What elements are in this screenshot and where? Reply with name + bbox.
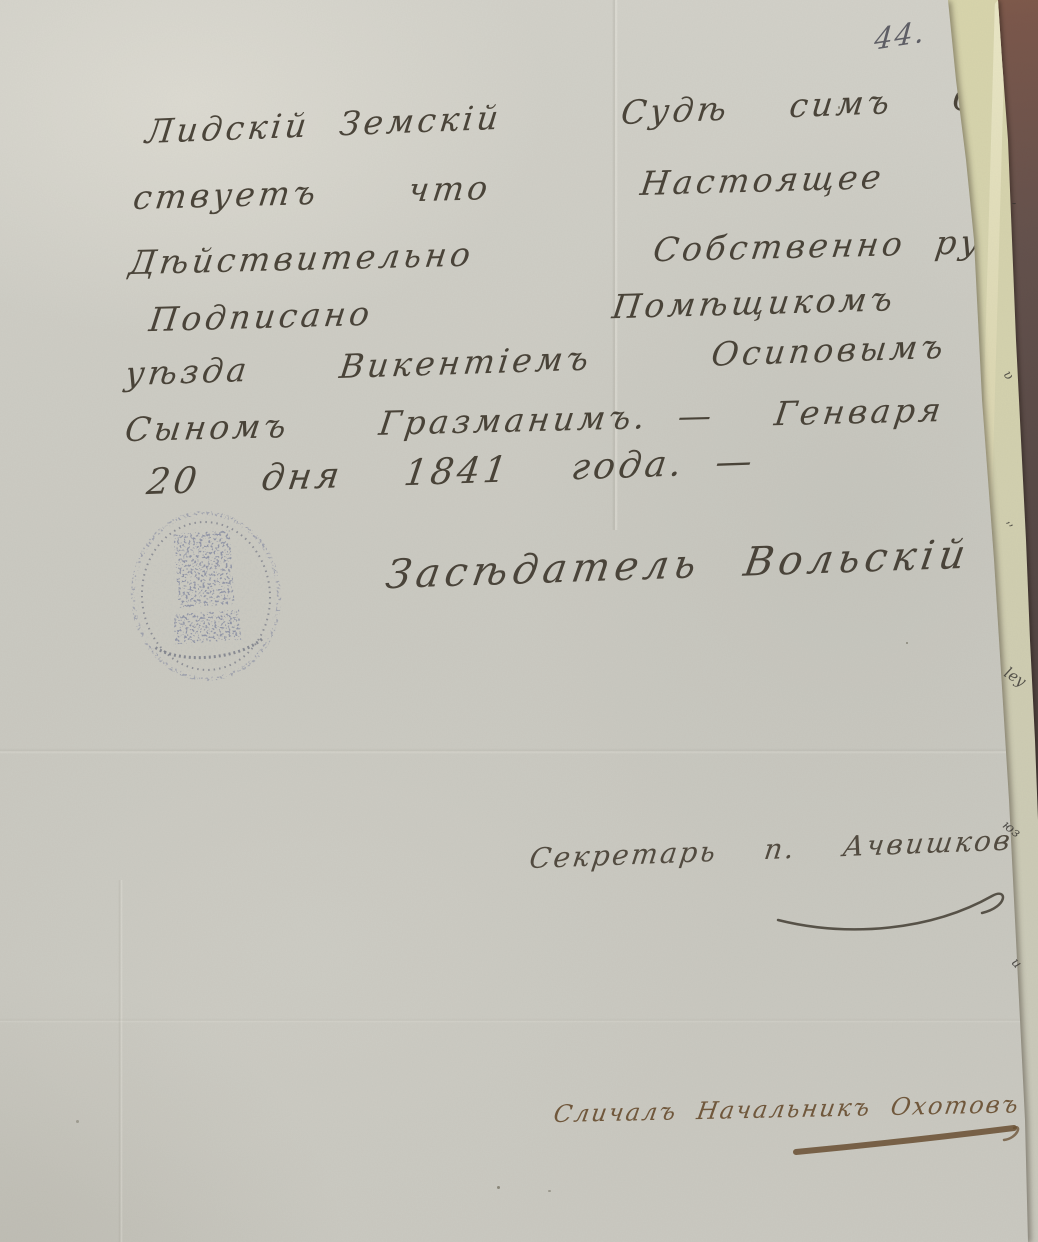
verification-underline (790, 1118, 1025, 1162)
manuscript-line-5: уѣзда Викентіемъ Осиповымъ (123, 327, 949, 393)
fold-crease (118, 880, 123, 1242)
paper-speck (76, 1120, 79, 1123)
manuscript-line-1: Лидскій Земскій Судѣ симъ Свидѣтель (143, 70, 1038, 151)
page-number: 44. (873, 14, 928, 57)
secretary-signature: Секретарь п. Ачвишковскій (527, 821, 1038, 875)
manuscript-line-3: Дѣйствительно Собственно ручно (127, 220, 1038, 282)
signature-flourish (770, 880, 1020, 940)
archival-photo: ’ υ ʼʼ ley юз и 44. Лидскій Земскій Судѣ… (0, 0, 1038, 1242)
manuscript-page-wrap: 44. Лидскій Земскій Судѣ симъ Свидѣтель … (0, 0, 1038, 1242)
ink-stamp (126, 506, 286, 686)
paper-speck (497, 1186, 500, 1189)
fold-crease (0, 1018, 1038, 1023)
manuscript-line-2: ствуетъ что Настоящее Прошеніе (131, 146, 1038, 217)
manuscript-page: 44. Лидскій Земскій Судѣ симъ Свидѣтель … (0, 0, 1038, 1242)
assessor-signature: Засѣдатель Вольскій (383, 532, 974, 599)
manuscript-date-line: 20 дня 1841 года. — (144, 441, 758, 503)
paper-speck (906, 642, 908, 644)
fold-crease (0, 748, 1038, 754)
manuscript-line-6: Сыномъ Гразманимъ. — Генваря (123, 390, 947, 449)
paper-speck (548, 1190, 551, 1192)
